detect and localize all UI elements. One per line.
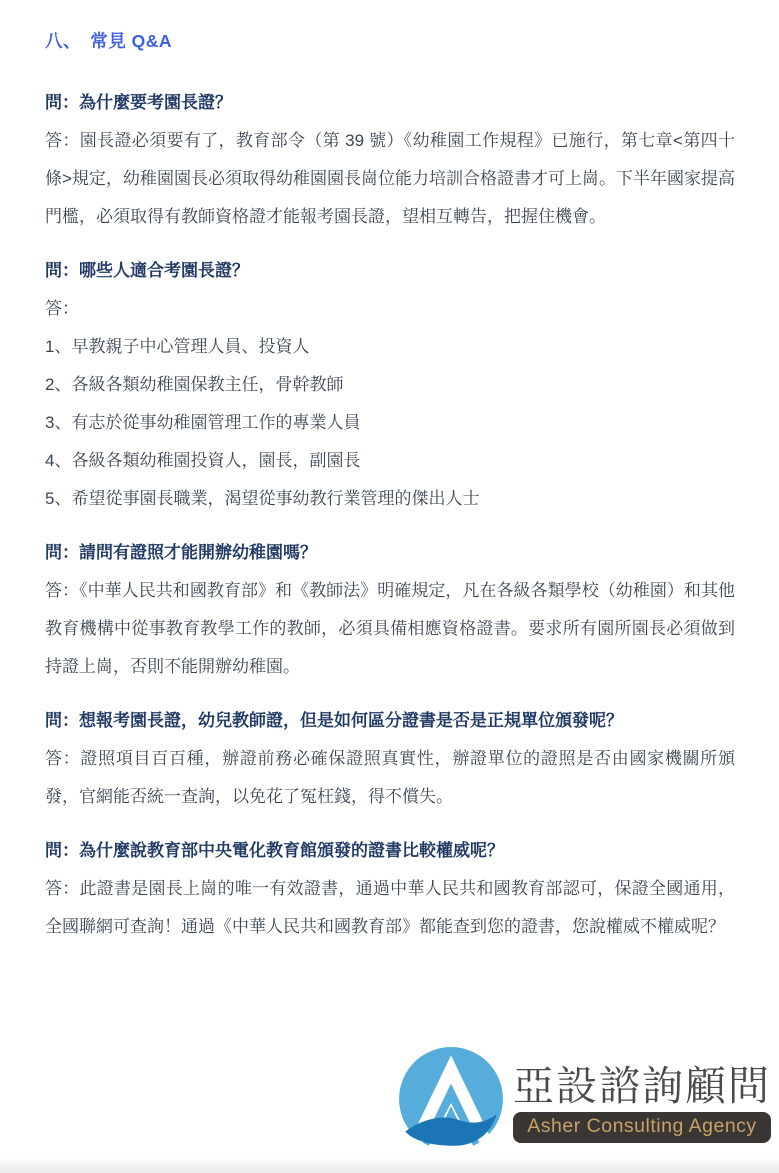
qa-item: 問：哪些人適合考園長證？ 答： 1、早教親子中心管理人員、投資人 2、各級各類幼… [45, 252, 735, 518]
question-text: 問：想報考園長證，幼兒教師證，但是如何區分證書是否是正規單位頒發呢？ [45, 702, 735, 740]
brand-name-english-badge: Asher Consulting Agency [513, 1112, 770, 1143]
qa-item: 問：為什麼說教育部中央電化教育館頒發的證書比較權威呢？ 答：此證書是園長上崗的唯… [45, 832, 735, 946]
company-logo: 亞設諮詢顧問 Asher Consulting Agency [395, 1046, 771, 1158]
list-item: 3、有志於從事幼稚園管理工作的專業人員 [45, 404, 735, 442]
qa-document: 八、 常見 Q&A 問：為什麼要考園長證？ 答：園長證必須要有了，教育部令（第 … [0, 0, 779, 946]
section-heading: 八、 常見 Q&A [45, 22, 735, 60]
answer-text: 答：《中華人民共和國教育部》和《教師法》明確規定，凡在各級各類學校（幼稚園）和其… [45, 572, 735, 686]
list-item: 2、各級各類幼稚園保教主任，骨幹教師 [45, 366, 735, 404]
answer-label: 答： [45, 290, 735, 328]
list-item: 4、各級各類幼稚園投資人，園長，副園長 [45, 442, 735, 480]
brand-text-block: 亞設諮詢顧問 Asher Consulting Agency [513, 1062, 771, 1143]
answer-text: 答：園長證必須要有了，教育部令（第 39 號）《幼稚園工作規程》已施行，第七章<… [45, 122, 735, 236]
qa-item: 問：想報考園長證，幼兒教師證，但是如何區分證書是否是正規單位頒發呢？ 答：證照項… [45, 702, 735, 816]
qa-item: 問：為什麼要考園長證？ 答：園長證必須要有了，教育部令（第 39 號）《幼稚園工… [45, 84, 735, 236]
qa-item: 問：請問有證照才能開辦幼稚園嗎？ 答：《中華人民共和國教育部》和《教師法》明確規… [45, 534, 735, 686]
question-text: 問：請問有證照才能開辦幼稚園嗎？ [45, 534, 735, 572]
question-text: 問：為什麼說教育部中央電化教育館頒發的證書比較權威呢？ [45, 832, 735, 870]
answer-text: 答：證照項目百百種，辦證前務必確保證照真實性，辦證單位的證照是否由國家機關所頒發… [45, 740, 735, 816]
list-item: 5、希望從事園長職業，渴望從事幼教行業管理的傑出人士 [45, 480, 735, 518]
brand-name-chinese: 亞設諮詢顧問 [513, 1062, 771, 1110]
letter-a-circle-wave-icon [395, 1046, 507, 1158]
page-bottom-shadow [0, 1158, 779, 1173]
question-text: 問：哪些人適合考園長證？ [45, 252, 735, 290]
document-page: { "doc": { "title": "八、 常見 Q&A" }, "qa":… [0, 0, 779, 1173]
answer-text: 答：此證書是園長上崗的唯一有效證書，通過中華人民共和國教育部認可，保證全國通用，… [45, 870, 735, 946]
list-item: 1、早教親子中心管理人員、投資人 [45, 328, 735, 366]
question-text: 問：為什麼要考園長證？ [45, 84, 735, 122]
